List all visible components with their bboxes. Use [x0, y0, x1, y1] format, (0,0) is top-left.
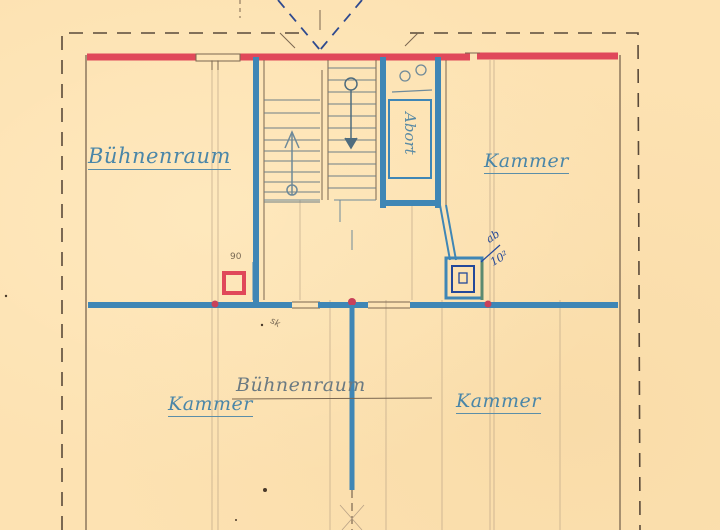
center-label-underline [232, 398, 432, 399]
toilet-label: Abort [401, 112, 419, 155]
room-label-bottom-left: Kammer [168, 393, 253, 417]
right-chimney-shaft [440, 205, 500, 300]
landing-lines [264, 200, 376, 250]
room-label-top-right: Kammer [484, 150, 569, 174]
floor-plan-drawing [0, 0, 720, 530]
center-partition-wall [340, 305, 364, 530]
entrance-pencil-marks [240, 0, 418, 48]
toilet-fixture-icon [392, 65, 432, 92]
stair-up-arrow-icon [285, 132, 299, 195]
top-wall-red [87, 56, 618, 57]
room-label-top-left: Bühnenraum [88, 144, 231, 170]
stair-down-arrow-icon [345, 78, 357, 148]
stair-flight-down [328, 68, 376, 188]
room-label-bottom-right: Kammer [456, 390, 541, 414]
left-chimney-red [224, 262, 254, 300]
floor-plan-sheet: Bühnenraum Kammer Bühnenraum Kammer Kamm… [0, 0, 720, 530]
stair-walls-blue [256, 60, 438, 300]
room-label-bottom-center: Bühnenraum [236, 374, 366, 396]
chimney-left-note: 90 [230, 252, 241, 262]
